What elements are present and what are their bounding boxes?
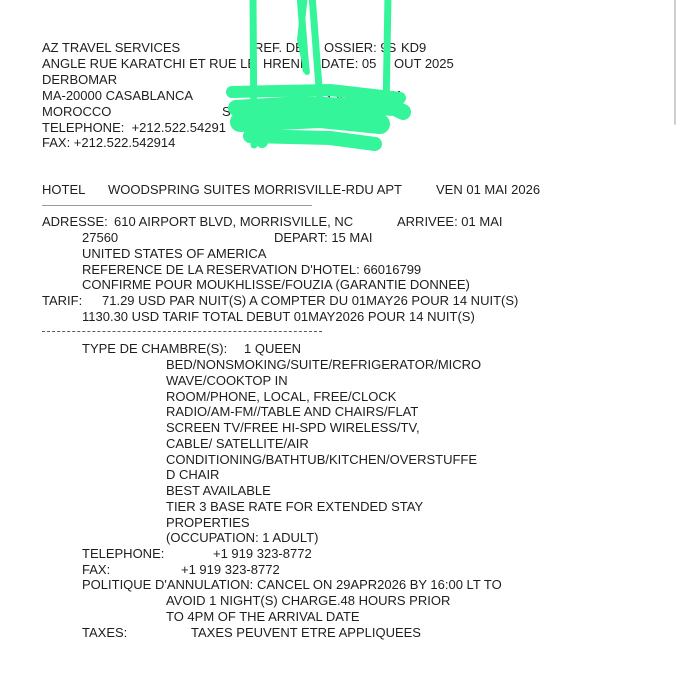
scrollbar[interactable]	[674, 0, 676, 125]
postal-code: 27560	[82, 230, 118, 246]
agency-telephone: TELEPHONE: +212.522.54291	[42, 120, 226, 136]
issue-date-suffix: OUT 2025	[394, 56, 454, 72]
issue-date-prefix: DATE: 05	[321, 56, 376, 72]
file-reference-middle: OSSIER: 9S	[324, 40, 396, 56]
rate-total: 1130.30 USD TARIF TOTAL DEBUT 01MAY2026 …	[82, 309, 475, 325]
hotel-country: UNITED STATES OF AMERICA	[82, 246, 266, 262]
arrival-date: ARRIVEE: 01 MAI	[397, 214, 502, 230]
room-description-line: PROPERTIES	[166, 515, 250, 531]
cancellation-line-3: TO 4PM OF THE ARRIVAL DATE	[166, 609, 360, 625]
room-type-first: 1 QUEEN	[244, 341, 301, 357]
passenger-name-partial: SSE/FOU	[322, 88, 379, 104]
hotel-address: 610 AIRPORT BLVD, MORRISVILLE, NC	[114, 214, 353, 230]
cancellation-line-2: AVOID 1 NIGHT(S) CHARGE.48 HOURS PRIOR	[166, 593, 450, 609]
room-description-line: SCREEN TV/FREE HI-SPD WIRELESS/TV,	[166, 420, 420, 436]
room-description-line: WAVE/COOKTOP IN	[166, 373, 288, 389]
room-description-line: CABLE/ SATELLITE/AIR	[166, 436, 309, 452]
redacted-fragment: S	[222, 104, 231, 120]
agency-address-line1-tail: HRENI	[263, 56, 303, 72]
separator-dashed	[42, 331, 322, 332]
hotel-telephone-label: TELEPHONE:	[82, 546, 164, 562]
cancellation-line-1: CANCEL ON 29APR2026 BY 16:00 LT TO	[257, 577, 502, 593]
agency-name: AZ TRAVEL SERVICES	[42, 40, 180, 56]
separator-solid	[42, 205, 312, 206]
hotel-fax-label: FAX:	[82, 562, 110, 578]
room-description-line: RADIO/AM-FM//TABLE AND CHAIRS/FLAT	[166, 404, 418, 420]
taxes-value: TAXES PEUVENT ETRE APPLIQUEES	[191, 625, 421, 641]
room-description-line: ROOM/PHONE, LOCAL, FREE/CLOCK	[166, 389, 396, 405]
hotel-label: HOTEL	[42, 182, 85, 198]
room-description-line: CONDITIONING/BATHTUB/KITCHEN/OVERSTUFFE	[166, 452, 477, 468]
passenger-name-partial-tail: IA	[391, 88, 403, 104]
hotel-telephone: +1 919 323-8772	[213, 546, 312, 562]
room-description-line: BEST AVAILABLE	[166, 483, 271, 499]
rate-label: TARIF:	[42, 293, 82, 309]
rate-nightly: 71.29 USD PAR NUIT(S) A COMPTER DU 01MAY…	[102, 293, 518, 309]
room-type-label: TYPE DE CHAMBRE(S):	[82, 341, 227, 357]
room-description-line: D CHAIR	[166, 467, 219, 483]
departure-date: DEPART: 15 MAI	[274, 230, 373, 246]
room-description-line: (OCCUPATION: 1 ADULT)	[166, 530, 318, 546]
hotel-name: WOODSPRING SUITES MORRISVILLE-RDU APT	[108, 182, 402, 198]
hotel-fax: +1 919 323-8772	[181, 562, 280, 578]
hotel-date: VEN 01 MAI 2026	[436, 182, 540, 198]
file-reference-suffix: KD9	[401, 40, 426, 56]
room-description-line: TIER 3 BASE RATE FOR EXTENDED STAY	[166, 499, 423, 515]
room-description-line: BED/NONSMOKING/SUITE/REFRIGERATOR/MICRO	[166, 357, 481, 373]
address-label: ADRESSE:	[42, 214, 108, 230]
agency-address-line1: ANGLE RUE KARATCHI ET RUE LE	[42, 56, 256, 72]
agency-country: MOROCCO	[42, 104, 111, 120]
reservation-reference: REFERENCE DE LA RESERVATION D'HOTEL: 660…	[82, 262, 421, 278]
cancellation-label: POLITIQUE D'ANNULATION:	[82, 577, 253, 593]
file-reference-prefix: REF. DE	[254, 40, 304, 56]
agency-address-line2: DERBOMAR	[42, 72, 117, 88]
agency-fax: FAX: +212.522.542914	[42, 135, 175, 151]
confirmation: CONFIRME POUR MOUKHLISSE/FOUZIA (GARANTI…	[82, 277, 470, 293]
agency-address-line3: MA-20000 CASABLANCA	[42, 88, 193, 104]
taxes-label: TAXES:	[82, 625, 127, 641]
